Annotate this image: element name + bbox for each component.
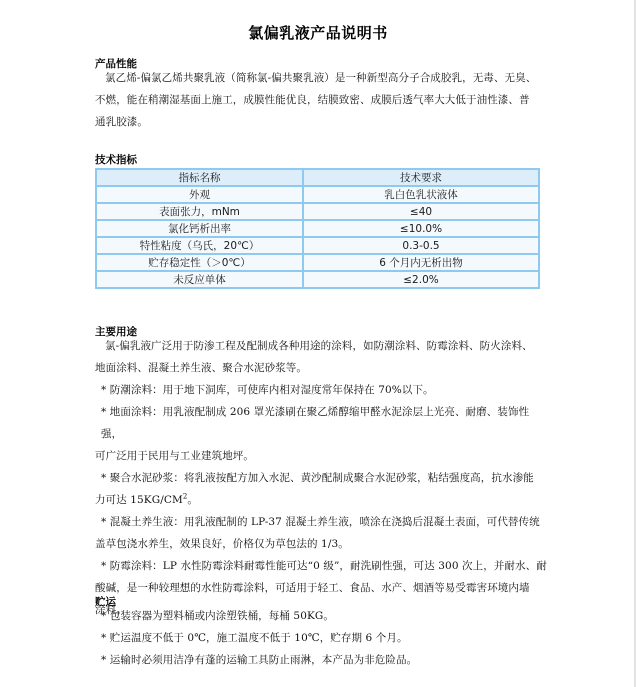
text-line: 力可达 15KG/CM2。: [95, 489, 550, 511]
document-title: 氯偏乳液产品说明书: [0, 22, 636, 43]
table-cell: 氯化钙析出率: [96, 220, 303, 237]
storage-item: * 运输时必须用洁净有蓬的运输工具防止雨淋，本产品为非危险品。: [95, 649, 550, 671]
storage-list: * 包装容器为塑料桶或内涂塑铁桶，每桶 50KG。 * 贮运温度不低于 0℃，施…: [95, 605, 550, 671]
spec-table: 指标名称 技术要求 外观 乳白色乳状液体 表面张力，mNm ≤40 氯化钙析出率…: [95, 168, 540, 289]
table-cell: 0.3-0.5: [303, 237, 539, 254]
table-row: 贮存稳定性（＞0℃） 6 个月内无析出物: [96, 254, 539, 271]
storage-item: * 包装容器为塑料桶或内涂塑铁桶，每桶 50KG。: [95, 605, 550, 627]
use-item-floor: * 地面涂料：用乳液配制成 206 罩光漆刷在聚乙烯醇缩甲醛水泥涂层上光亮、耐磨…: [95, 401, 550, 445]
table-row: 特性粘度（乌氏，20℃） 0.3-0.5: [96, 237, 539, 254]
table-row: 氯化钙析出率 ≤10.0%: [96, 220, 539, 237]
text-line: 不燃，能在稍潮湿基面上施工，成膜性能优良，结膜致密、成膜后透气率大大低于油性漆、…: [95, 89, 550, 111]
table-row: 未反应单体 ≤2.0%: [96, 271, 539, 288]
text-line: 酸碱，是一种较理想的水性防霉涂料，可适用于轻工、食品、水产、烟酒等易受霉害环境内…: [95, 577, 550, 599]
section-heading-specs: 技术指标: [95, 152, 137, 167]
table-cell: 特性粘度（乌氏，20℃）: [96, 237, 303, 254]
table-header-row: 指标名称 技术要求: [96, 169, 539, 186]
table-header-cell: 技术要求: [303, 169, 539, 186]
table-row: 表面张力，mNm ≤40: [96, 203, 539, 220]
table-cell: 未反应单体: [96, 271, 303, 288]
text-line: 可广泛用于民用与工业建筑地坪。: [95, 445, 550, 467]
text-line: 氯-偏乳液广泛用于防渗工程及配制成各种用途的涂料，如防潮涂料、防霉涂料、防火涂料…: [95, 335, 550, 357]
document-page: 氯偏乳液产品说明书 产品性能 氯乙烯-偏氯乙烯共聚乳液（简称氯-偏共聚乳液）是一…: [0, 0, 634, 687]
text-span: 力可达 15KG/CM: [95, 494, 183, 506]
use-item-mildew: * 防霉涂料：LP 水性防霉涂料耐霉性能可达“0 级”，耐洗刷性强，可达 300…: [95, 555, 550, 577]
performance-paragraph: 氯乙烯-偏氯乙烯共聚乳液（简称氯-偏共聚乳液）是一种新型高分子合成胶乳，无毒、无…: [95, 67, 550, 133]
table-cell: 6 个月内无析出物: [303, 254, 539, 271]
table-header-cell: 指标名称: [96, 169, 303, 186]
use-item-curing: * 混凝土养生液：用乳液配制的 LP-37 混凝土养生液，喷涂在浇捣后混凝土表面…: [95, 511, 550, 533]
table-cell: 外观: [96, 186, 303, 203]
table-cell: 乳白色乳状液体: [303, 186, 539, 203]
table-cell: ≤10.0%: [303, 220, 539, 237]
text-line: 盖草包浇水养生，效果良好，价格仅为草包法的 1/3。: [95, 533, 550, 555]
use-item-moisture: * 防潮涂料：用于地下洞库，可使库内相对湿度常年保持在 70%以下。: [95, 379, 550, 401]
text-line: 地面涂料、混凝土养生液、聚合水泥砂浆等。: [95, 357, 550, 379]
table-row: 外观 乳白色乳状液体: [96, 186, 539, 203]
text-line: 通乳胶漆。: [95, 111, 550, 133]
uses-paragraph: 氯-偏乳液广泛用于防渗工程及配制成各种用途的涂料，如防潮涂料、防霉涂料、防火涂料…: [95, 335, 550, 621]
text-line: 氯乙烯-偏氯乙烯共聚乳液（简称氯-偏共聚乳液）是一种新型高分子合成胶乳，无毒、无…: [95, 67, 550, 89]
table-cell: ≤40: [303, 203, 539, 220]
table-cell: 表面张力，mNm: [96, 203, 303, 220]
use-item-mortar: * 聚合水泥砂浆：将乳液按配方加入水泥、黄沙配制成聚合水泥砂浆，粘结强度高，抗水…: [95, 467, 550, 489]
table-cell: ≤2.0%: [303, 271, 539, 288]
text-span: 。: [187, 494, 198, 506]
storage-item: * 贮运温度不低于 0℃，施工温度不低于 10℃，贮存期 6 个月。: [95, 627, 550, 649]
table-cell: 贮存稳定性（＞0℃）: [96, 254, 303, 271]
